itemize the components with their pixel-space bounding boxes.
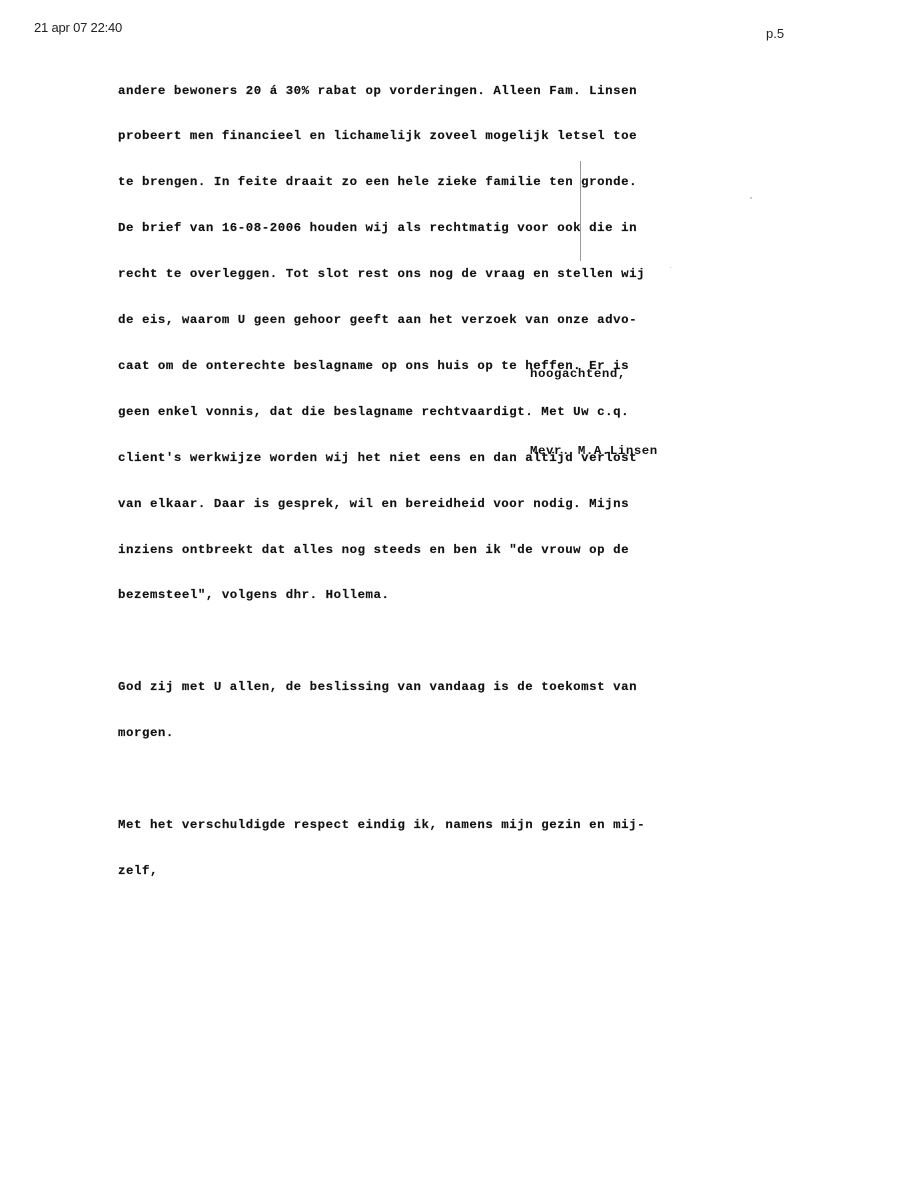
scan-line-artifact: [580, 161, 581, 261]
fax-header-page-number: p.5: [766, 26, 784, 41]
text-line: morgen.: [118, 726, 798, 741]
salutation: hoogachtend,: [530, 367, 626, 381]
text-line: van elkaar. Daar is gesprek, wil en bere…: [118, 497, 798, 512]
text-line: te brengen. In feite draait zo een hele …: [118, 175, 798, 190]
text-line: recht te overleggen. Tot slot rest ons n…: [118, 267, 798, 282]
paragraph-blessing: God zij met U allen, de beslissing van v…: [118, 650, 798, 772]
text-line: geen enkel vonnis, dat die beslagname re…: [118, 405, 798, 420]
text-line: God zij met U allen, de beslissing van v…: [118, 680, 798, 695]
text-line: zelf,: [118, 864, 798, 879]
fax-header-date: 21 apr 07 22:40: [34, 20, 122, 35]
scan-speck: [750, 197, 752, 199]
text-line: inziens ontbreekt dat alles nog steeds e…: [118, 543, 798, 558]
letter-body: andere bewoners 20 á 30% rabat op vorder…: [118, 53, 798, 925]
scan-speck: [670, 267, 671, 268]
text-line: caat om de onterechte beslagname op ons …: [118, 359, 798, 374]
text-line: andere bewoners 20 á 30% rabat op vorder…: [118, 84, 798, 99]
text-line: de eis, waarom U geen gehoor geeft aan h…: [118, 313, 798, 328]
text-line: client's werkwijze worden wij het niet e…: [118, 451, 798, 466]
text-line: De brief van 16-08-2006 houden wij als r…: [118, 221, 798, 236]
text-line: bezemsteel", volgens dhr. Hollema.: [118, 588, 798, 603]
paragraph-closing: Met het verschuldigde respect eindig ik,…: [118, 787, 798, 909]
text-line: Met het verschuldigde respect eindig ik,…: [118, 818, 798, 833]
text-line: probeert men financieel en lichamelijk z…: [118, 129, 798, 144]
signature: Mevr. M.A.Linsen: [530, 444, 658, 458]
paragraph-main: andere bewoners 20 á 30% rabat op vorder…: [118, 53, 798, 634]
